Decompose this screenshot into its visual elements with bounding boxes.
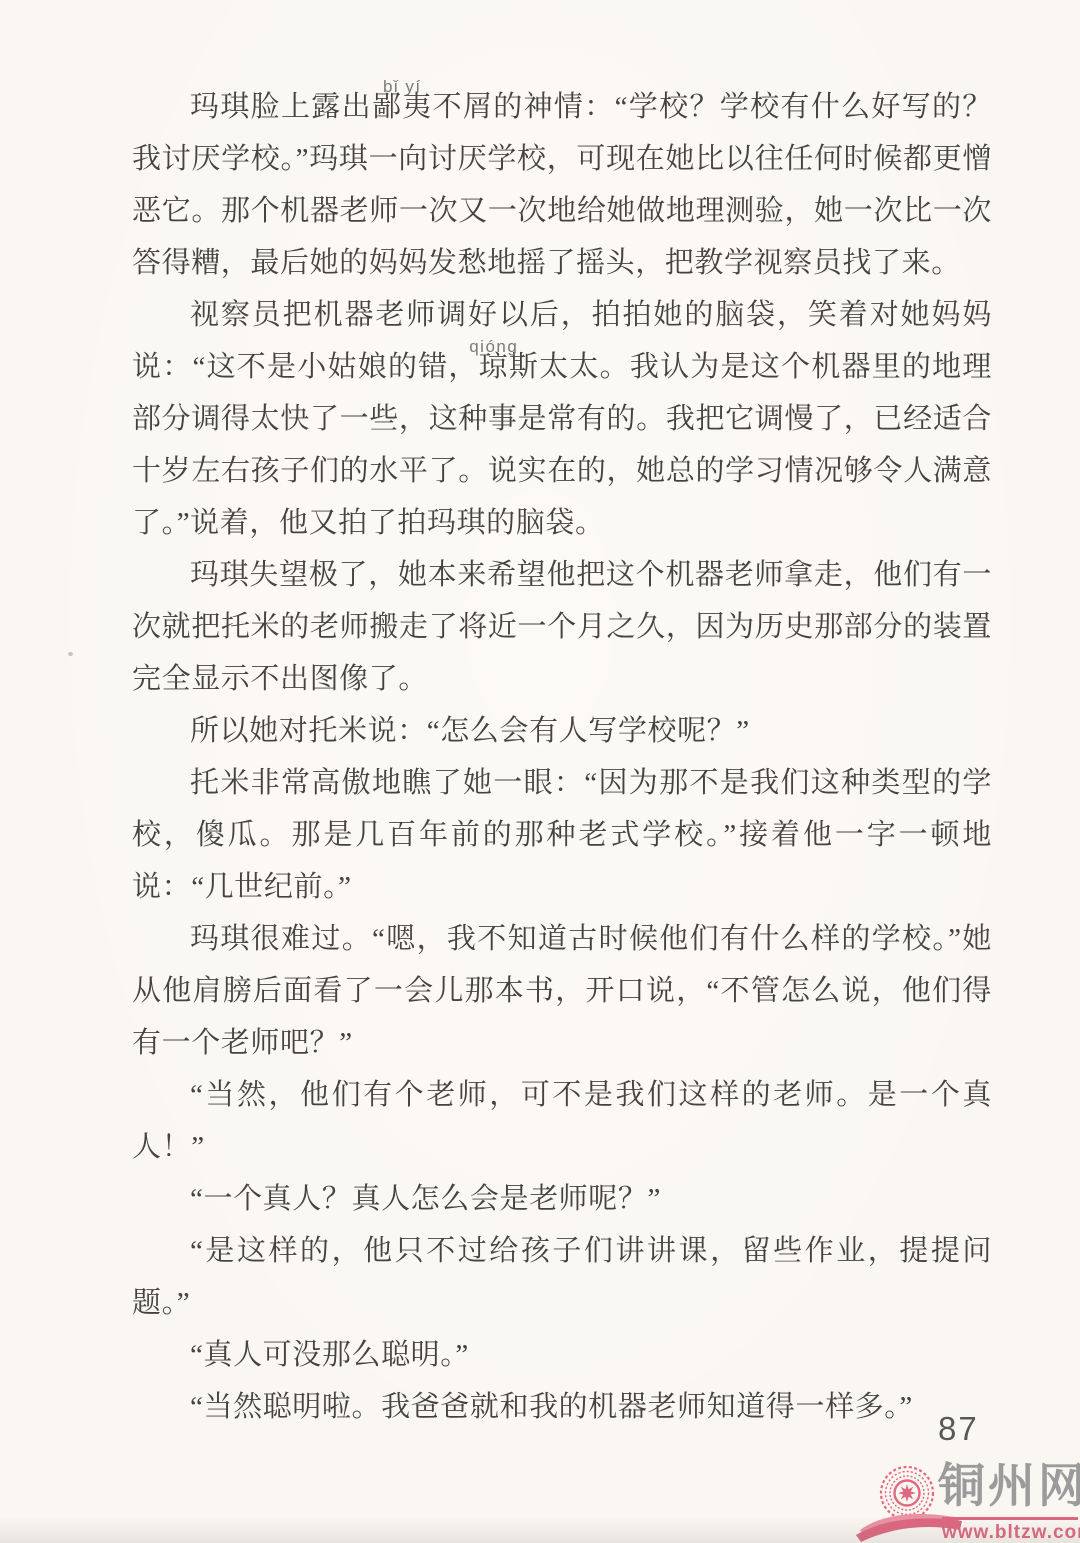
paragraph: “一个真人？真人怎么会是老师呢？” (132, 1173, 992, 1225)
paragraph: “是这样的，他只不过给孩子们讲讲课，留些作业，提提问题。” (132, 1225, 992, 1329)
watermark-site-name: 铜州网 (938, 1458, 1080, 1514)
pinyin-annotated-word: qióng琼 (479, 351, 509, 383)
paragraph: 所以她对托米说：“怎么会有人写学校呢？” (132, 705, 992, 757)
book-page: 玛琪脸上露出bǐ yí鄙夷不屑的神情：“学校？学校有什么好写的？我讨厌学校。”玛… (0, 0, 1080, 1543)
paragraph: 玛琪失望极了，她本来希望他把这个机器老师拿走，他们有一次就把托米的老师搬走了将近… (132, 549, 992, 705)
paragraph: “当然聪明啦。我爸爸就和我的机器老师知道得一样多。” (132, 1381, 992, 1433)
pinyin-annotated-word: bǐ yí鄙夷 (372, 91, 433, 123)
pinyin-annotation: qióng (469, 338, 518, 355)
page-edge-shadow (0, 1517, 1080, 1543)
page-number: 87 (938, 1410, 979, 1448)
paragraph: 玛琪脸上露出bǐ yí鄙夷不屑的神情：“学校？学校有什么好写的？我讨厌学校。”玛… (132, 81, 992, 289)
scan-speck (68, 652, 73, 656)
paragraph: 玛琪很难过。“嗯，我不知道古时候他们有什么样的学校。”她从他肩膀后面看了一会儿那… (132, 913, 992, 1069)
paragraph: 托米非常高傲地瞧了她一眼：“因为那不是我们这种类型的学校，傻瓜。那是几百年前的那… (132, 757, 992, 913)
paragraph: “当然，他们有个老师，可不是我们这样的老师。是一个真人！” (132, 1069, 992, 1173)
pinyin-annotation: bǐ yí (383, 78, 422, 95)
paragraph: “真人可没那么聪明。” (132, 1329, 992, 1381)
paragraph: 视察员把机器老师调好以后，拍拍她的脑袋，笑着对她妈妈说：“这不是小姑娘的错，qi… (132, 289, 992, 549)
text-body: 玛琪脸上露出bǐ yí鄙夷不屑的神情：“学校？学校有什么好写的？我讨厌学校。”玛… (132, 81, 992, 1433)
